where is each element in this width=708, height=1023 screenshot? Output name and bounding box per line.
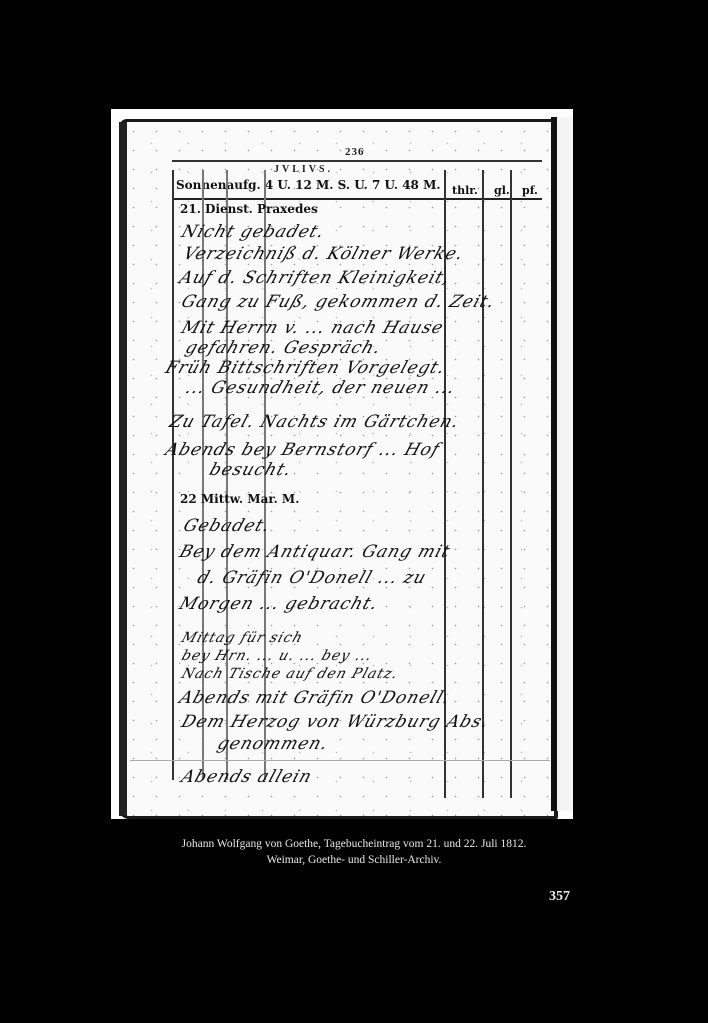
printed-page-number: 236 [345, 146, 365, 158]
handwritten-line: Gebadet. [181, 516, 273, 536]
header-rule [172, 198, 542, 200]
caption-line-1: Johann Wolfgang von Goethe, Tagebucheint… [0, 836, 708, 852]
handwritten-line: Gang zu Fuß, gekommen d. Zeit. [179, 292, 498, 312]
handwritten-line: Morgen ... gebracht. [177, 594, 381, 614]
column-line [172, 170, 174, 780]
handwritten-line: Dem Herzog von Würzburg Abs. [179, 712, 492, 732]
caption-line-2: Weimar, Goethe- und Schiller-Archiv. [0, 852, 708, 868]
handwritten-line: Zu Tafel. Nachts im Gärtchen. [167, 412, 462, 432]
handwritten-line: Verzeichniß d. Kölner Werke. [181, 244, 467, 264]
handwritten-line: Nach Tische auf den Platz. [179, 666, 400, 682]
handwritten-line: Abends allein [179, 767, 315, 787]
handwritten-line: genommen. [215, 734, 331, 754]
handwritten-line: Auf d. Schriften Kleinigkeit, [177, 268, 453, 288]
handwritten-line: gefahren. Gespräch. [183, 338, 384, 358]
handwritten-line: ... Gesundheit, der neuen ... [183, 378, 458, 398]
handwritten-line: Nicht gebadet. [179, 222, 328, 242]
handwritten-line: Abends mit Gräfin O'Donell. [177, 688, 453, 708]
manuscript-facsimile: 236 JVLIVS. Sonnenaufg. 4 U. 12 M. S. U.… [111, 109, 573, 819]
column-thaler: thlr. [452, 184, 478, 197]
handwritten-line: Mit Herrn v. ... nach Hause [179, 318, 447, 338]
handwritten-line: Mittag für sich [179, 630, 305, 646]
month-heading: JVLIVS. [274, 164, 333, 175]
column-line [482, 170, 484, 798]
handwritten-line: besucht. [207, 460, 295, 480]
handwritten-line: Früh Bittschriften Vorgelegt. [163, 358, 448, 378]
handwritten-line: Bey dem Antiquar. Gang mit [177, 542, 453, 562]
handwritten-line: Abends bey Bernstorf ... Hof [163, 440, 443, 460]
entry-date-21: 21. Dienst. Praxedes [180, 202, 318, 216]
column-groschen: gl. [494, 184, 510, 197]
column-pfennig: pf. [522, 184, 538, 197]
almanac-header-row: Sonnenaufg. 4 U. 12 M. S. U. 7 U. 48 M. [176, 178, 441, 192]
facing-page-edge [551, 117, 573, 811]
top-rule [172, 160, 542, 162]
faint-horizontal-line [130, 760, 550, 761]
page-number: 357 [549, 889, 570, 905]
handwritten-line: d. Gräfin O'Donell ... zu [195, 568, 429, 588]
figure-caption: Johann Wolfgang von Goethe, Tagebucheint… [0, 836, 708, 868]
handwritten-line: bey Hrn. ... u. ... bey ... [179, 648, 374, 664]
entry-date-22: 22 Mittw. Mar. M. [180, 492, 299, 506]
diary-page: 236 JVLIVS. Sonnenaufg. 4 U. 12 M. S. U.… [119, 119, 558, 819]
column-line [510, 170, 512, 798]
